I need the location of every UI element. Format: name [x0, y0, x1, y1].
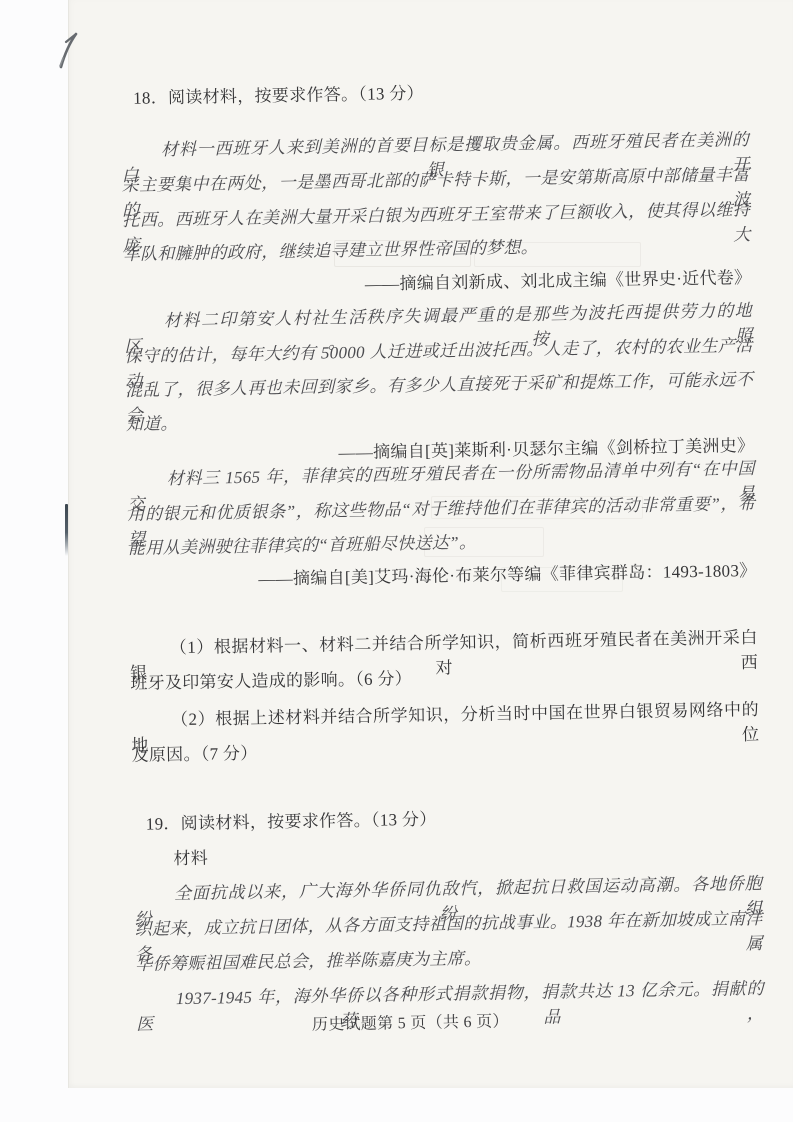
- material-1-source: ——摘编自刘新成、刘北成主编《世界史·近代卷》: [123, 265, 755, 301]
- question-19-header: 19．阅读材料，按要求作答。（13 分）: [146, 801, 761, 837]
- material-label: 材料: [133, 836, 761, 872]
- material-3-source: ——摘编自[美]艾玛·海伦·布莱尔等编《菲律宾群岛：1493-1803》: [128, 558, 760, 594]
- exam-page-content: 18．阅读材料，按要求作答。（13 分） 材料一西班牙人来到美洲的首要目标是攫取…: [118, 0, 769, 1122]
- pen-mark-icon: [55, 31, 83, 71]
- paper-edge-mark: [65, 504, 68, 556]
- question-18-header: 18．阅读材料，按要求作答。（13 分）: [133, 75, 748, 111]
